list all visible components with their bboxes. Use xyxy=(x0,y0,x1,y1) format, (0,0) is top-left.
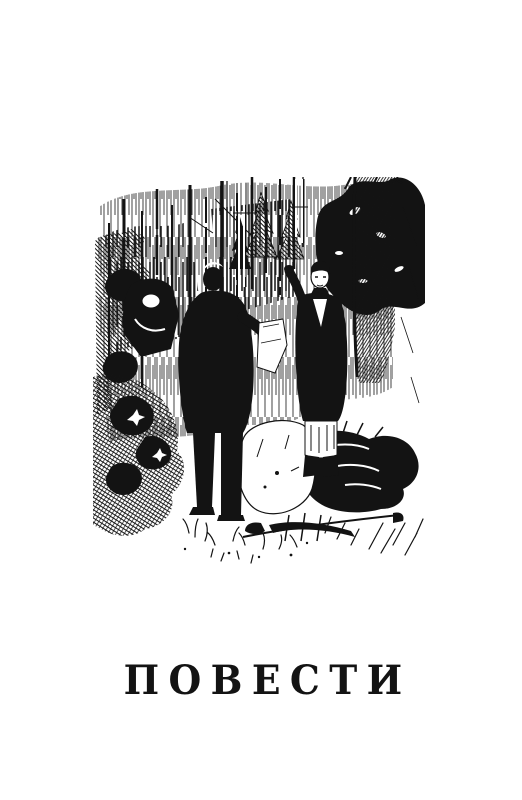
man-right-leg xyxy=(221,433,243,515)
scythe xyxy=(243,512,404,541)
man-left-leg xyxy=(193,433,215,507)
light-boulder xyxy=(238,421,316,514)
book-page: ПОВЕСТИ xyxy=(0,0,522,800)
book-illustration xyxy=(93,177,427,567)
man-head xyxy=(203,267,223,291)
left-figure-cap xyxy=(142,294,160,308)
ground-dots xyxy=(184,542,308,558)
boy-trousers xyxy=(305,421,337,458)
forest-scene-illustration-svg xyxy=(93,177,427,567)
page-title: ПОВЕСТИ xyxy=(16,659,507,703)
